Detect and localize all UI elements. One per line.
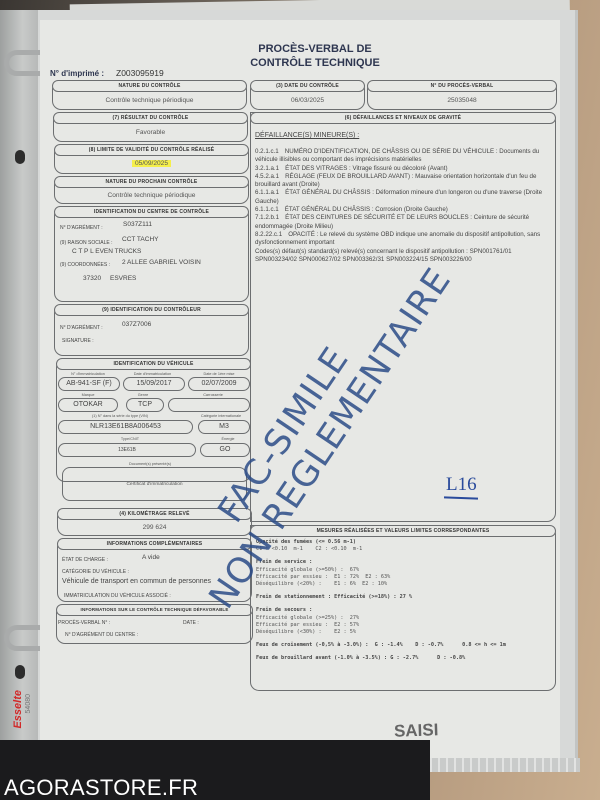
associe-label: IMMATRICULATION DU VÉHICULE ASSOCIÉ : [64, 593, 171, 599]
document-page: PROCÈS-VERBAL DE CONTRÔLE TECHNIQUE N° d… [40, 20, 560, 760]
pv-number-header: N° DU PROCÈS-VERBAL [367, 80, 557, 92]
validite-value: 05/09/2025 [132, 160, 171, 167]
infos-header: INFORMATIONS COMPLÉMENTAIRES [57, 538, 252, 550]
defaillances-header: (6) DÉFAILLANCES ET NIVEAUX DE GRAVITÉ [250, 112, 556, 124]
date-1ere-value: 02/07/2009 [188, 377, 250, 391]
defaillances-title: DÉFAILLANCE(S) MINEURE(S) : [255, 132, 359, 139]
nature-value: Contrôle technique périodique [52, 97, 247, 104]
marque-value: OTOKAR [58, 398, 118, 412]
energie-value: GO [200, 443, 250, 457]
sleeve-code: 54080 [25, 694, 32, 713]
date-immat-value: 15/09/2017 [123, 377, 185, 391]
km-value: 299 624 [57, 524, 252, 531]
nature-header: NATURE DU CONTRÔLE [52, 80, 247, 92]
vin-value: NLR13E61B8A006453 [58, 420, 193, 434]
sleeve-binding-strip [0, 10, 38, 765]
mesure-line: Efficacité par essieu : E2 : 57% [256, 622, 552, 629]
defaillance-item: 4.5.2.a.1RÉGLAGE (FEUX DE BROUILLARD AVA… [255, 173, 551, 190]
punch-hole [15, 665, 25, 679]
mesure-title: Feux de croisement (-0,5% à -3.0%) : G :… [256, 642, 552, 649]
site-watermark: AGORASTORE.FR [4, 775, 198, 800]
mesure-title: Feux de brouillard avant (-1.0% à -3.5%)… [256, 655, 552, 662]
mesure-title: Frein de service : [256, 559, 552, 566]
categorie-label: Catégorie internationale [190, 414, 252, 418]
defaillance-item: 3.2.1.a.1ÉTAT DES VITRAGES : Vitrage fis… [255, 165, 551, 173]
vin-label: (1) N° dans la série du type (VIN) [70, 414, 170, 418]
charge-value: A vide [142, 554, 160, 561]
defaillance-item: 6.1.1.c.1ÉTAT GÉNÉRAL DU CHÂSSIS : Corro… [255, 206, 551, 214]
centre-raison-label: (9) RAISON SOCIALE : [60, 240, 113, 246]
imprime-label: N° d'imprimé : [50, 69, 104, 78]
mesure-line: C1 : <0.10 m-1 C2 : <0.10 m-1 [256, 546, 552, 553]
marque-label: Marque [58, 393, 118, 397]
defaillance-item: 8.2.22.c.1OPACITÉ : Le relevé du système… [255, 231, 551, 248]
centre-raison-value-2: C T P L EVEN TRUCKS [72, 248, 141, 255]
validite-value-wrap: 05/09/2025 [54, 160, 249, 167]
charge-label: ÉTAT DE CHARGE : [62, 557, 108, 563]
pv-number-value: 25035048 [367, 97, 557, 104]
docs-value: Certificat d'immatriculation [62, 482, 247, 487]
docs-label: Document(s) présenté(s) [100, 462, 200, 466]
vehicule-header: IDENTIFICATION DU VÉHICULE [56, 358, 251, 370]
type-value: 13E61B [58, 443, 196, 457]
title-line-1: PROCÈS-VERBAL DE [230, 42, 400, 56]
mesures-list: Opacité des fumées (<= 0.56 m-1)C1 : <0.… [256, 539, 552, 669]
prochain-value: Contrôle technique périodique [54, 192, 249, 199]
mesure-line: Efficacité globale (>=50%) : 67% [256, 567, 552, 574]
document-title: PROCÈS-VERBAL DE CONTRÔLE TECHNIQUE [230, 42, 400, 70]
mesure-title: Frein de secours : [256, 607, 552, 614]
title-line-2: CONTRÔLE TECHNIQUE [230, 56, 400, 70]
validite-header: (8) LIMITE DE VALIDITÉ DU CONTRÔLE RÉALI… [54, 144, 249, 156]
centre-header: IDENTIFICATION DU CENTRE DE CONTRÔLE [54, 206, 249, 218]
centre-postal: 37320 [83, 275, 101, 282]
mesure-title: Opacité des fumées (<= 0.56 m-1) [256, 539, 552, 546]
imprime-number: N° d'imprimé :Z003095919 [50, 68, 164, 78]
mesure-group: Frein de service :Efficacité globale (>=… [256, 559, 552, 588]
date-1ere-label: Date de 1ère mise [188, 372, 250, 376]
carrosserie-value [168, 398, 250, 412]
mesure-group: Frein de stationnement : Efficacité (>=1… [256, 594, 552, 601]
signature-label: SIGNATURE : [62, 338, 94, 344]
centre-address: 2 ALLEE GABRIEL VOISIN [122, 259, 201, 266]
date-controle-header: (3) DATE DU CONTRÔLE [250, 80, 365, 92]
immat-value: AB-941-SF (F) [58, 377, 120, 391]
mesure-line: Déséquilibre (<30%) : E2 : 5% [256, 629, 552, 636]
centre-agrement-value: S037Z111 [123, 221, 152, 228]
mesure-line: Déséquilibre (<20%) : E1 : 6% E2 : 10% [256, 581, 552, 588]
centre-city: ESVRES [110, 275, 136, 282]
genre-value: TCP [126, 398, 164, 412]
defav-pv-label: PROCÈS-VERBAL N° : [58, 620, 110, 626]
mesure-group: Opacité des fumées (<= 0.56 m-1)C1 : <0.… [256, 539, 552, 553]
defaillances-list: 0.2.1.c.1NUMÉRO D'IDENTIFICATION, DE CHÂ… [255, 148, 551, 264]
date-controle-value: 06/03/2025 [250, 97, 365, 104]
categorie-vehicule-label: CATÉGORIE DU VÉHICULE : [62, 569, 129, 575]
sleeve-brand: Esselte [12, 690, 24, 729]
resultat-header: (7) RÉSULTAT DU CONTRÔLE [53, 112, 248, 124]
mesure-group: Frein de secours :Efficacité globale (>=… [256, 607, 552, 636]
saisi-stamp: SAISI [394, 720, 439, 742]
punch-hole [15, 150, 25, 164]
centre-raison-value: CCT TACHY [122, 236, 158, 243]
energie-label: Énergie [208, 437, 248, 441]
defav-date-label: DATE : [183, 620, 199, 626]
prochain-header: NATURE DU PROCHAIN CONTRÔLE [54, 176, 249, 188]
categorie-vehicule-value: Véhicule de transport en commun de perso… [62, 578, 211, 585]
mesure-line: Efficacité par essieu : E1 : 72% E2 : 63… [256, 574, 552, 581]
centre-coord-label: (9) COORDONNÉES : [60, 262, 110, 268]
controleur-agrement-value: 037Z7006 [122, 321, 151, 328]
mesure-line: Efficacité globale (>=25%) : 27% [256, 615, 552, 622]
controleur-agrement-label: N° D'AGRÉMENT : [60, 325, 103, 331]
mesures-header: MESURES RÉALISÉES ET VALEURS LIMITES COR… [250, 525, 556, 537]
handwritten-annotation: L16 [446, 474, 477, 496]
resultat-value: Favorable [53, 129, 248, 136]
imprime-value: Z003095919 [116, 68, 164, 78]
mesure-title: Frein de stationnement : Efficacité (>=1… [256, 594, 552, 601]
genre-label: Genre [123, 393, 163, 397]
categorie-value: M3 [198, 420, 250, 434]
defav-agrement-label: N° D'AGRÉMENT DU CENTRE : [65, 632, 138, 638]
centre-agrement-label: N° D'AGRÉMENT : [60, 225, 103, 231]
date-immat-label: Date d'immatriculation [120, 372, 185, 376]
defaillance-item: 7.1.2.b.1ÉTAT DES CEINTURES DE SÉCURITÉ … [255, 214, 551, 231]
mesure-group: Feux de croisement (-0,5% à -3.0%) : G :… [256, 642, 552, 649]
immat-label: N° d'immatriculation [58, 372, 118, 376]
defaillance-item: 0.2.1.c.1NUMÉRO D'IDENTIFICATION, DE CHÂ… [255, 148, 551, 165]
controleur-header: (9) IDENTIFICATION DU CONTRÔLEUR [54, 304, 249, 316]
type-label: Type/CNIT [100, 437, 160, 441]
carrosserie-label: Carrosserie [178, 393, 248, 397]
mesure-group: Feux de brouillard avant (-1.0% à -3.5%)… [256, 655, 552, 662]
defaillance-item: 6.1.1.a.1ÉTAT GÉNÉRAL DU CHÂSSIS : Défor… [255, 189, 551, 206]
defaillance-codes: Codes(s) défaut(s) standard(s) relevé(s)… [255, 248, 551, 265]
